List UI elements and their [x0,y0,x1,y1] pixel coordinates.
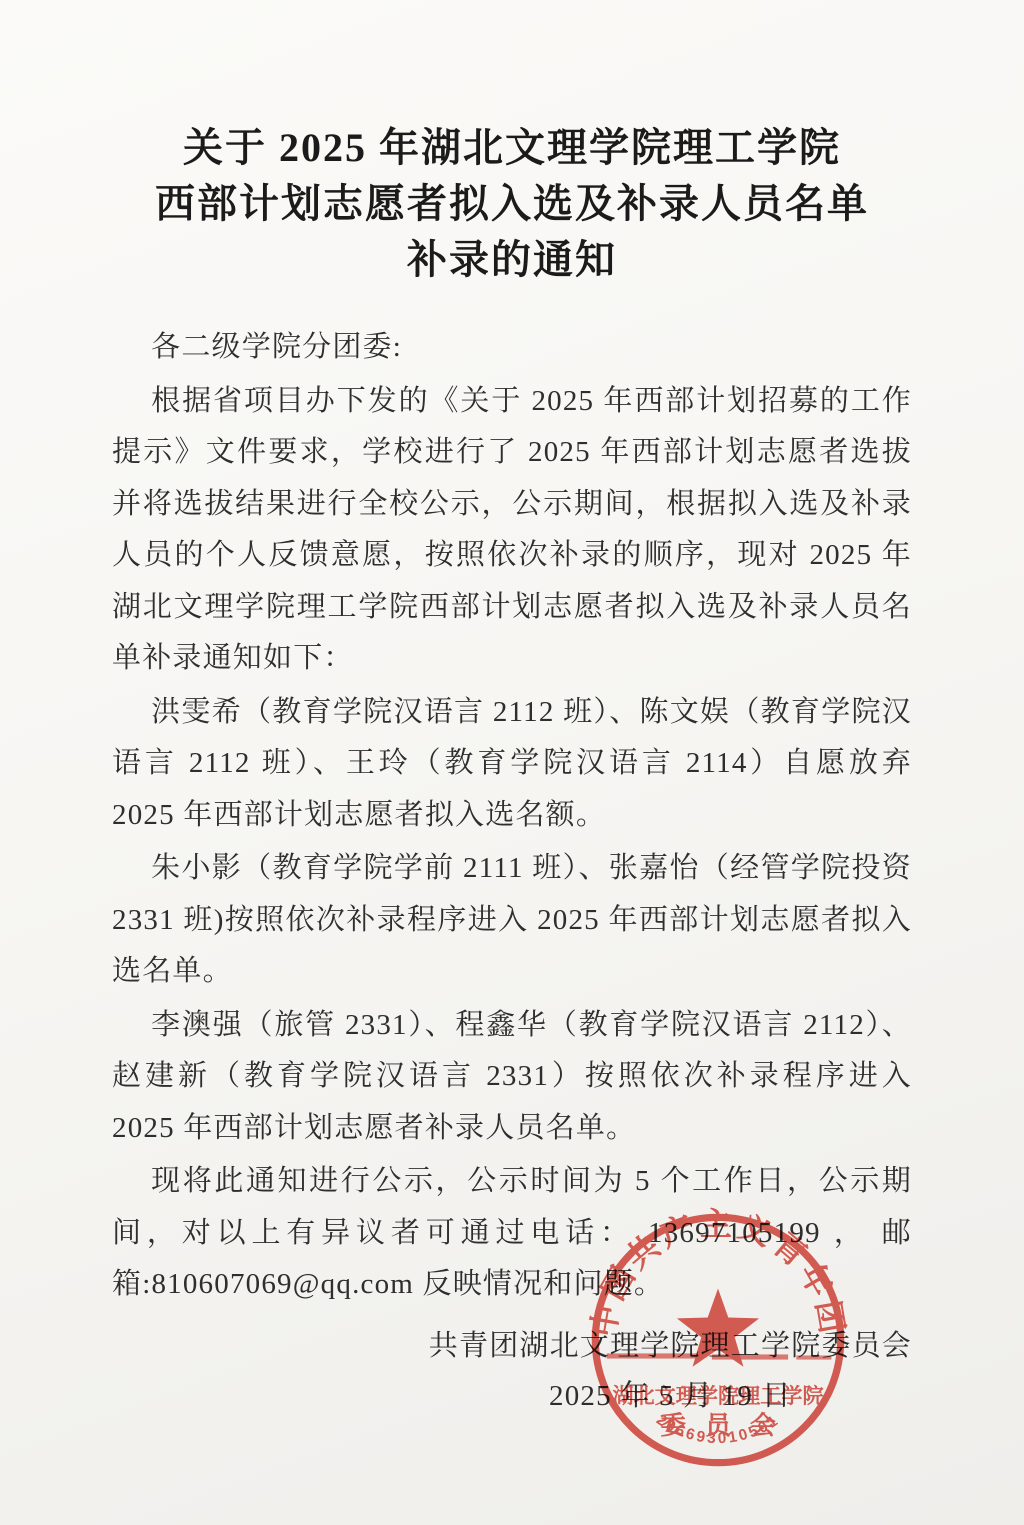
paragraph-5: 现将此通知进行公示，公示时间为 5 个工作日，公示期间，对以上有异议者可通过电话… [112,1156,912,1311]
document-title-line-2: 西部计划志愿者拟入选及补录人员名单 [0,176,1024,232]
paragraph-4: 李澳强（旅管 2331）、程鑫华（教育学院汉语言 2112）、赵建新（教育学院汉… [112,1000,912,1155]
document-title-line-1: 关于 2025 年湖北文理学院理工学院 [0,120,1024,176]
document-title-line-3: 补录的通知 [0,232,1024,288]
seal-org-suffix: 委员会 [660,1411,776,1440]
document-title: 关于 2025 年湖北文理学院理工学院 西部计划志愿者拟入选及补录人员名单 补录… [0,0,1024,288]
signature-date: 2025 年 5 月 19 日 [429,1373,912,1414]
paragraph-3: 朱小影（教育学院学前 2111 班）、张嘉怡（经管学院投资 2331 班)按照依… [112,843,912,998]
signature-org: 共青团湖北文理学院理工学院委员会 [429,1323,912,1364]
signature-block: 共青团湖北文理学院理工学院委员会 2025 年 5 月 19 日 [429,1323,912,1414]
paragraph-2: 洪雯希（教育学院汉语言 2112 班）、陈文娱（教育学院汉语言 2112 班）、… [112,687,912,842]
paragraph-1: 根据省项目办下发的《关于 2025 年西部计划招募的工作提示》文件要求，学校进行… [112,376,912,685]
document-page: 关于 2025 年湖北文理学院理工学院 西部计划志愿者拟入选及补录人员名单 补录… [0,0,1024,1525]
signature-area: 共青团湖北文理学院理工学院委员会 2025 年 5 月 19 日 [112,1323,912,1414]
salutation: 各二级学院分团委: [112,322,912,374]
document-body: 各二级学院分团委: 根据省项目办下发的《关于 2025 年西部计划招募的工作提示… [112,322,912,1311]
